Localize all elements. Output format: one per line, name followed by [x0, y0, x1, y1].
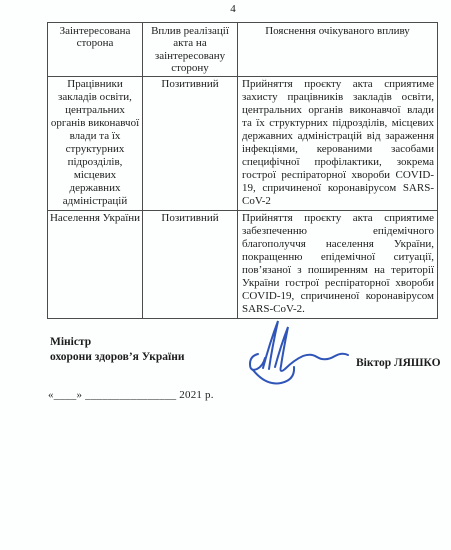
table-row: Працівники закладів освіти, центральних … [48, 76, 438, 210]
table-row: Населення України Позитивний Прийняття п… [48, 210, 438, 318]
document-page: 4 Заінтересована сторона Вплив реалізаці… [0, 0, 451, 550]
col-header-impact: Вплив реалізації акта на заінтересовану … [143, 23, 238, 77]
col-header-explanation: Пояснення очікуваного впливу [238, 23, 438, 77]
page-number: 4 [0, 3, 451, 15]
party-cell: Працівники закладів освіти, центральних … [48, 76, 143, 210]
impact-cell: Позитивний [143, 76, 238, 210]
impact-cell: Позитивний [143, 210, 238, 318]
explanation-cell: Прийняття проєкту акта сприятиме забезпе… [238, 210, 438, 318]
col-header-interested-party: Заінтересована сторона [48, 23, 143, 77]
signer-title-line1: Міністр [50, 335, 185, 350]
explanation-cell: Прийняття проєкту акта сприятиме захисту… [238, 76, 438, 210]
signer-title: Міністр охорони здоров’я України [50, 335, 185, 365]
party-cell: Населення України [48, 210, 143, 318]
date-line: «____» ________________ 2021 р. [48, 389, 214, 401]
impact-table: Заінтересована сторона Вплив реалізації … [47, 22, 438, 319]
signer-title-line2: охорони здоров’я України [50, 350, 185, 365]
signer-name: Віктор ЛЯШКО [356, 357, 441, 369]
table-header-row: Заінтересована сторона Вплив реалізації … [48, 23, 438, 77]
handwritten-signature-icon [244, 310, 362, 388]
